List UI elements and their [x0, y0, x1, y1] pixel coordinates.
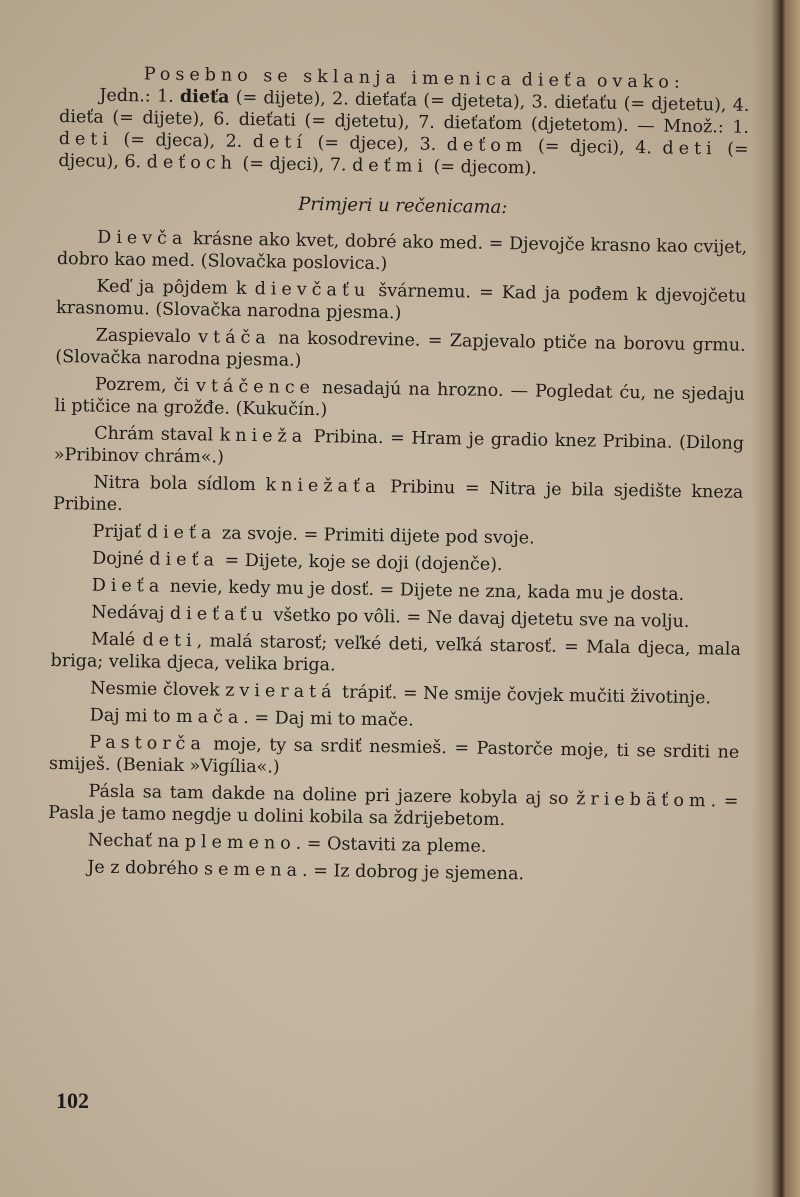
example-keyword: vtáčence [196, 376, 315, 398]
example-sentence: Malé deti, malá starosť; veľké deti, veľ… [50, 628, 741, 683]
example-sentence: Pozrem, či vtáčence nesadajú na hrozno. … [54, 373, 745, 428]
plural-gloss: (= djece), 3. [317, 133, 436, 155]
example-keyword: dieťaťu [170, 604, 268, 626]
example-text: Prijať [92, 522, 147, 543]
example-text: Nesmie človek [90, 679, 225, 701]
plural-form: deti [59, 129, 114, 150]
example-keyword: knieža [220, 426, 308, 447]
example-text: Malé [91, 630, 143, 651]
plural-form: deťoch [147, 152, 238, 173]
example-keyword: kniežaťa [265, 475, 380, 497]
example-sentence: Pastorča moje, ty sa srdiť nesmieš. = Pa… [49, 731, 740, 786]
plural-gloss: (= djeca), 2. [123, 130, 242, 152]
example-text: = Dijete, koje se doji (dojenče). [219, 551, 503, 575]
example-keyword: žriebäťom [576, 789, 711, 811]
plural-form: deti [662, 138, 717, 159]
declension-paragraph: Jedn.: 1. dieťa (= dijete), 2. dieťaťa (… [58, 84, 749, 183]
example-keyword: semena [204, 859, 302, 881]
example-text: za svoje. = Primiti dijete pod svoje. [216, 524, 535, 549]
example-keyword: vtáča [198, 327, 271, 348]
plural-gloss: (= djeci), 4. [538, 137, 652, 159]
example-text: Zaspievalo [96, 326, 199, 348]
example-sentence: Zaspievalo vtáča na kosodrevine. = Zapje… [55, 324, 746, 379]
singular-headword: dieťa [180, 87, 230, 108]
example-text: Je z dobrého [87, 858, 204, 880]
book-gutter-shadow [752, 0, 800, 1197]
example-sentence: Pásla sa tam dakde na doline pri jazere … [48, 780, 739, 835]
examples-list: Dievča krásne ako kvet, dobré ako med. =… [47, 226, 747, 889]
example-keyword: mača [176, 707, 244, 728]
example-text: . = Daj mi to mače. [243, 708, 414, 731]
example-text: Nechať na [88, 831, 185, 853]
example-text: . = Ostaviti za pleme. [296, 834, 487, 857]
intro-word: dieťa [522, 70, 592, 91]
example-sentence: Nitra bola sídlom kniežaťa Pribinu = Nit… [53, 471, 744, 526]
example-keyword: dieťa [147, 522, 217, 543]
example-text: Pozrem, či [95, 375, 196, 397]
example-text: všetko po vôli. = Ne davaj djetetu sve n… [268, 605, 690, 632]
example-text: Nitra bola sídlom [93, 473, 265, 496]
example-keyword: Pastorča [89, 733, 206, 755]
example-keyword: Dievča [97, 228, 187, 249]
example-keyword: Dieťa [92, 576, 165, 597]
example-keyword: dievčaťu [255, 279, 371, 301]
plural-form: deťom [447, 135, 528, 156]
example-keyword: deti [142, 630, 197, 651]
plural-gloss: (= djeci), 7. [242, 154, 346, 176]
page-body: Posebno se sklanja imenica dieťa ovako: … [47, 62, 750, 894]
example-sentence: Keď ja pôjdem k dievčaťu švárnemu. = Kad… [56, 275, 747, 330]
example-text: Daj mi to [90, 706, 177, 727]
intro-end: ovako: [597, 71, 685, 92]
plural-gloss: (= djecom). [433, 157, 537, 179]
example-sentence: Je z dobrého semena. = Iz dobrog je sjem… [47, 856, 737, 889]
example-text: nevie, kedy mu je dosť. = Dijete ne zna,… [164, 577, 684, 605]
example-text: Keď ja pôjdem k [96, 277, 254, 299]
example-keyword: plemeno [185, 832, 296, 854]
page-number: 102 [56, 1088, 89, 1114]
section-heading: Primjeri u rečenicama: [58, 190, 748, 223]
singular-label: Jedn.: 1. [99, 86, 174, 107]
example-text: . = Iz dobrog je sjemena. [302, 861, 524, 884]
example-text: trápiť. = Ne smije čovjek mučiti životin… [336, 682, 711, 708]
plural-form: deťmi [352, 156, 428, 177]
example-keyword: dieťa [149, 549, 219, 570]
plural-form: detí [253, 132, 308, 153]
example-text: Chrám staval [94, 424, 220, 446]
example-text: Nedávaj [91, 603, 170, 624]
example-keyword: zvieratá [225, 681, 337, 703]
example-sentence: Dievča krásne ako kvet, dobré ako med. =… [57, 226, 748, 281]
example-sentence: Chrám staval knieža Pribina. = Hram je g… [54, 422, 745, 477]
example-text: Dojné [92, 549, 149, 570]
